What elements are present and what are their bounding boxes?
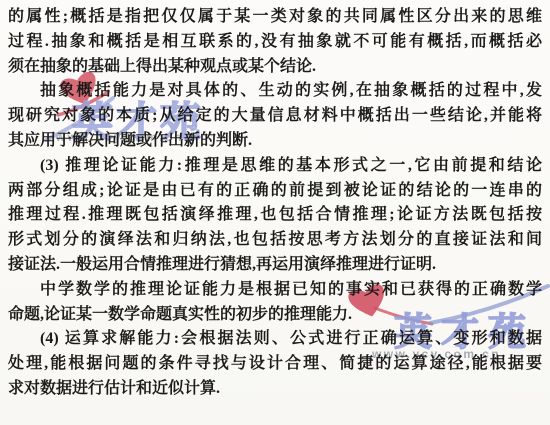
text-line-11: 接证法.一般运用合情推理进行猜想,再运用演绎推理进行证明.	[8, 253, 542, 278]
text-line-7: (3) 推理论证能力:推理是思维的基本形式之一,它由前提和结论	[8, 154, 542, 179]
text-line-4: 抽象概括能力是对具体的、生动的实例,在抽象概括的过程中,发	[8, 79, 542, 104]
text-line-1: 的属性;概括是指把仅仅属于某一类对象的共同属性区分出来的思维	[8, 5, 542, 30]
textbook-page: 英才苑 www.ycy.com.cn 英才苑 www.ycy.com.cn 的属…	[0, 0, 550, 425]
text-line-14: (4) 运算求解能力:会根据法则、公式进行正确运算、变形和数据	[8, 327, 542, 352]
text-line-13: 命题,论证某一数学命题真实性的初步的推理能力.	[8, 303, 542, 328]
document-text: 的属性;概括是指把仅仅属于某一类对象的共同属性区分出来的思维 过程.抽象和概括是…	[8, 5, 542, 402]
text-line-2: 过程.抽象和概括是相互联系的,没有抽象就不可能有概括,而概括必	[8, 30, 542, 55]
text-line-16: 求对数据进行估计和近似计算.	[8, 377, 542, 402]
text-line-8: 两部分组成;论证是由已有的正确的前提到被论证的结论的一连串的	[8, 179, 542, 204]
text-line-12: 中学数学的推理论证能力是根据已知的事实和已获得的正确数学	[8, 278, 542, 303]
text-line-15: 处理,能根据问题的条件寻找与设计合理、简捷的运算途径,能根据要	[8, 352, 542, 377]
text-line-5: 现研究对象的本质;从给定的大量信息材料中概括出一些结论,并能将	[8, 104, 542, 129]
text-line-9: 推理过程.推理既包括演绎推理,也包括合情推理;论证方法既包括按	[8, 203, 542, 228]
text-line-3: 须在抽象的基础上得出某种观点或某个结论.	[8, 55, 542, 80]
text-line-10: 形式划分的演绎法和归纳法,也包括按思考方法划分的直接证法和间	[8, 228, 542, 253]
text-line-6: 其应用于解决问题或作出新的判断.	[8, 129, 542, 154]
